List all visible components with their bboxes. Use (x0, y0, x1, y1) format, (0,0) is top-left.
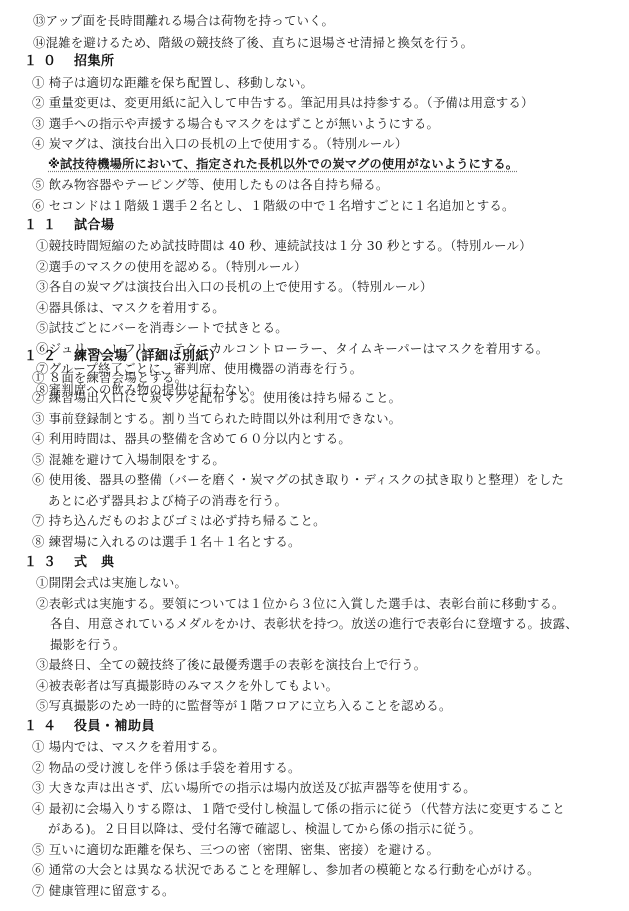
section-title: 練習会場（詳細は別紙） (74, 349, 223, 364)
section-number: １２ (24, 349, 74, 365)
section-number: １１ (24, 218, 74, 234)
list-item: ③ 大きな声は出さず、広い場所での指示は場内放送及び拡声器等を使用する。 (32, 780, 476, 796)
list-item: ② 重量変更は、変更用紙に記入して申告する。筆記用具は持参する。（予備は用意する… (32, 95, 534, 111)
list-item: ⑥ セコンドは１階級１選手２名とし、１階級の中で１名増すごとに１名追加とする。 (32, 198, 515, 214)
list-item: ⑤ 互いに適切な距離を保ち、三つの密（密閉、密集、密接）を避ける。 (32, 842, 439, 858)
special-note: ※試技待機場所において、指定された長机以外での炭マグの使用がないようにする。 (48, 156, 518, 172)
list-item: ②選手のマスクの使用を認める。（特別ルール） (36, 259, 307, 275)
list-item: ⑭混雑を避けるため、階級の競技終了後、直ちに退場させ清掃と換気を行う。 (33, 35, 473, 51)
section-heading-14: １４役員・補助員 (24, 719, 155, 735)
section-title: 式 典 (74, 555, 115, 570)
list-item: ②表彰式は実施する。要領については１位から３位に入賞した選手は、表彰台前に移動す… (36, 596, 565, 612)
list-item: ④ 利用時間は、器具の整備を含めて６０分以内とする。 (32, 431, 351, 447)
list-item: ⑤ 混雑を避けて入場制限をする。 (32, 452, 225, 468)
list-item: ② 練習場出入口にて炭マグを配布する。使用後は持ち帰ること。 (32, 390, 401, 406)
list-item: ⑤ 飲み物容器やテーピング等、使用したものは各自持ち帰る。 (32, 177, 388, 193)
list-item-continuation: 撮影を行う。 (50, 637, 126, 653)
section-heading-13: １３式 典 (24, 555, 115, 571)
section-title: 試合場 (74, 218, 115, 233)
list-item: ① 場内では、マスクを着用する。 (32, 739, 225, 755)
list-item: ⑥ 使用後、器具の整備（バーを磨く・炭マグの拭き取り・ディスクの拭き取りと整理）… (32, 472, 564, 488)
list-item: ①開閉会式は実施しない。 (36, 575, 187, 591)
list-item-continuation: がある)。２日目以降は、受付名簿で確認し、検温してから係の指示に従う。 (48, 821, 481, 837)
list-item: ③最終日、全ての競技終了後に最優秀選手の表彰を演技台上で行う。 (36, 657, 426, 673)
list-item: ⑤試技ごとにバーを消毒シートで拭きとる。 (36, 320, 288, 336)
list-item: ④ 炭マグは、演技台出入口の長机の上で使用する。（特別ルール） (32, 136, 407, 152)
list-item: ④被表彰者は写真撮影時のみマスクを外してもよい。 (36, 678, 338, 694)
list-item: ⑧ 練習場に入れるのは選手１名＋１名とする。 (32, 534, 301, 550)
list-item: ① ８面を練習会場とする。 (32, 370, 187, 386)
section-heading-11: １１試合場 (24, 218, 115, 234)
list-item: ⑤写真撮影のため一時的に監督等が１階フロアに立ち入ることを認める。 (36, 698, 452, 714)
section-title: 役員・補助員 (74, 719, 155, 734)
section-title: 招集所 (74, 54, 115, 69)
section-heading-10: １０招集所 (24, 54, 115, 70)
list-item: ③各自の炭マグは演技台出入口の長机の上で使用する。（特別ルール） (36, 279, 432, 295)
list-item: ② 物品の受け渡しを伴う係は手袋を着用する。 (32, 760, 301, 776)
list-item: ⑦ 健康管理に留意する。 (32, 883, 175, 899)
list-item-continuation: 各自、用意されているメダルをかけ、表彰状を持つ。放送の進行で表彰台に登壇する。披… (50, 616, 578, 632)
list-item: ④ 最初に会場入りする際は、１階で受付し検温して係の指示に従う（代替方法に変更す… (32, 801, 565, 817)
list-item-continuation: あとに必ず器具および椅子の消毒を行う。 (48, 493, 287, 509)
list-item: ⑥ 通常の大会とは異なる状況であることを理解し、参加者の模範となる行動を心がける… (32, 862, 540, 878)
list-item: ③ 選手への指示や声援する場合もマスクをはずことが無いようにする。 (32, 116, 439, 132)
list-item: ④器具係は、マスクを着用する。 (36, 300, 225, 316)
section-number: １０ (24, 54, 74, 70)
list-item: ① 椅子は適切な距離を保ち配置し、移動しない。 (32, 75, 313, 91)
list-item: ③ 事前登録制とする。割り当てられた時間以外は利用できない。 (32, 411, 401, 427)
list-item: ①競技時間短縮のため試技時間は 40 秒、連続試技は１分 30 秒とする。（特別… (36, 238, 532, 254)
list-item: ⑦ 持ち込んだものおよびゴミは必ず持ち帰ること。 (32, 513, 326, 529)
section-number: １３ (24, 555, 74, 571)
list-item: ⑬アップ面を長時間離れる場合は荷物を持っていく。 (33, 13, 334, 29)
section-number: １４ (24, 719, 74, 735)
section-heading-12: １２練習会場（詳細は別紙） (24, 349, 223, 365)
